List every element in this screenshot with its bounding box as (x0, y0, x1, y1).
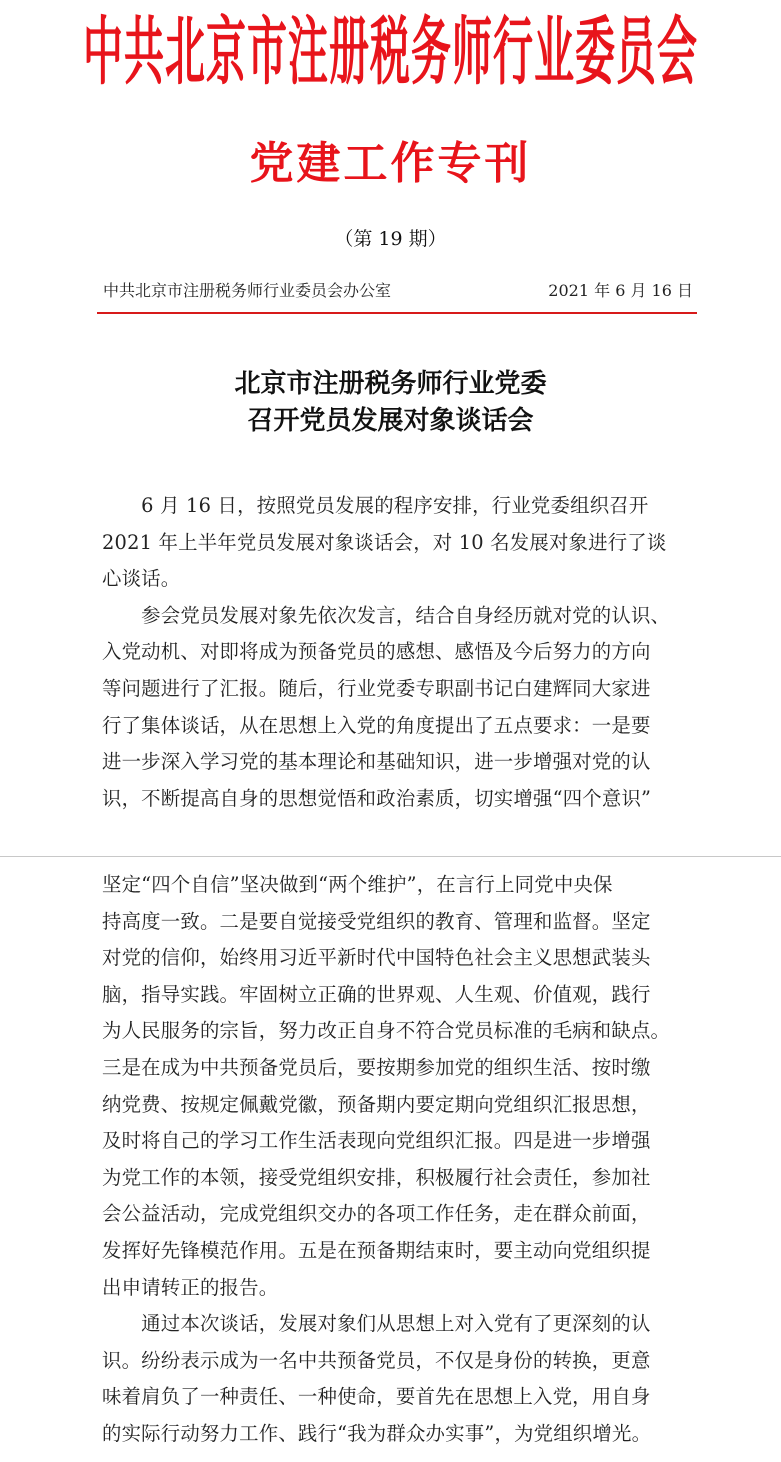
body-line: 三是在成为中共预备党员后，要按期参加党的组织生活、按时缴 (102, 1050, 702, 1087)
issue-number: （第 19 期） (0, 226, 781, 252)
article-title-line: 北京市注册税务师行业党委 (0, 366, 781, 403)
body-line: 参会党员发展对象先依次发言，结合自身经历就对党的认识、 (102, 598, 702, 635)
body-line: 会公益活动，完成党组织交办的各项工作任务，走在群众前面， (102, 1196, 702, 1233)
body-line: 识。纷纷表示成为一名中共预备党员，不仅是身份的转换，更意 (102, 1343, 702, 1380)
body-line: 纳党费、按规定佩戴党徽，预备期内要定期向党组织汇报思想， (102, 1087, 702, 1124)
body-line: 识，不断提高自身的思想觉悟和政治素质，切实增强“四个意识” (102, 781, 702, 818)
body-line: 对党的信仰，始终用习近平新时代中国特色社会主义思想武装头 (102, 940, 702, 977)
body-line: 通过本次谈话，发展对象们从思想上对入党有了更深刻的认 (102, 1306, 702, 1343)
body-line: 坚定“四个自信”坚决做到“两个维护”，在言行上同党中央保 (102, 867, 702, 904)
body-line: 等问题进行了汇报。随后，行业党委专职副书记白建辉同大家进 (102, 671, 702, 708)
article-title: 北京市注册税务师行业党委 召开党员发展对象谈话会 (0, 366, 781, 440)
body-line: 6 月 16 日，按照党员发展的程序安排，行业党委组织召开 (102, 488, 702, 525)
page-divider (0, 856, 781, 857)
body-line: 为党工作的本领，接受党组织安排，积极履行社会责任，参加社 (102, 1160, 702, 1197)
body-line: 为人民服务的宗旨，努力改正自身不符合党员标准的毛病和缺点。 (102, 1013, 702, 1050)
body-line: 出申请转正的报告。 (102, 1270, 702, 1307)
publication-title: 党建工作专刊 (0, 138, 781, 190)
masthead-title: 中共北京市注册税务师行业委员会 (0, 12, 781, 93)
body-line: 持高度一致。二是要自觉接受党组织的教育、管理和监督。坚定 (102, 904, 702, 941)
body-line: 行了集体谈话，从在思想上入党的角度提出了五点要求：一是要 (102, 708, 702, 745)
article-body-page-1: 6 月 16 日，按照党员发展的程序安排，行业党委组织召开 2021 年上半年党… (102, 488, 702, 817)
body-line: 味着肩负了一种责任、一种使命，要首先在思想上入党，用自身 (102, 1379, 702, 1416)
body-line: 入党动机、对即将成为预备党员的感想、感悟及今后努力的方向 (102, 634, 702, 671)
red-divider-rule (97, 312, 697, 314)
office-date-row: 中共北京市注册税务师行业委员会办公室 2021 年 6 月 16 日 (103, 280, 693, 302)
body-line: 2021 年上半年党员发展对象谈话会，对 10 名发展对象进行了谈 (102, 525, 702, 562)
body-line: 及时将自己的学习工作生活表现向党组织汇报。四是进一步增强 (102, 1123, 702, 1160)
body-line: 的实际行动努力工作、践行“我为群众办实事”，为党组织增光。 (102, 1416, 702, 1453)
issue-date: 2021 年 6 月 16 日 (548, 280, 693, 302)
body-line: 发挥好先锋模范作用。五是在预备期结束时，要主动向党组织提 (102, 1233, 702, 1270)
article-title-line: 召开党员发展对象谈话会 (0, 403, 781, 440)
body-line: 心谈话。 (102, 561, 702, 598)
body-line: 脑，指导实践。牢固树立正确的世界观、人生观、价值观，践行 (102, 977, 702, 1014)
body-line: 进一步深入学习党的基本理论和基础知识，进一步增强对党的认 (102, 744, 702, 781)
article-body-page-2: 坚定“四个自信”坚决做到“两个维护”，在言行上同党中央保 持高度一致。二是要自觉… (102, 867, 702, 1453)
issuing-office: 中共北京市注册税务师行业委员会办公室 (103, 280, 391, 302)
